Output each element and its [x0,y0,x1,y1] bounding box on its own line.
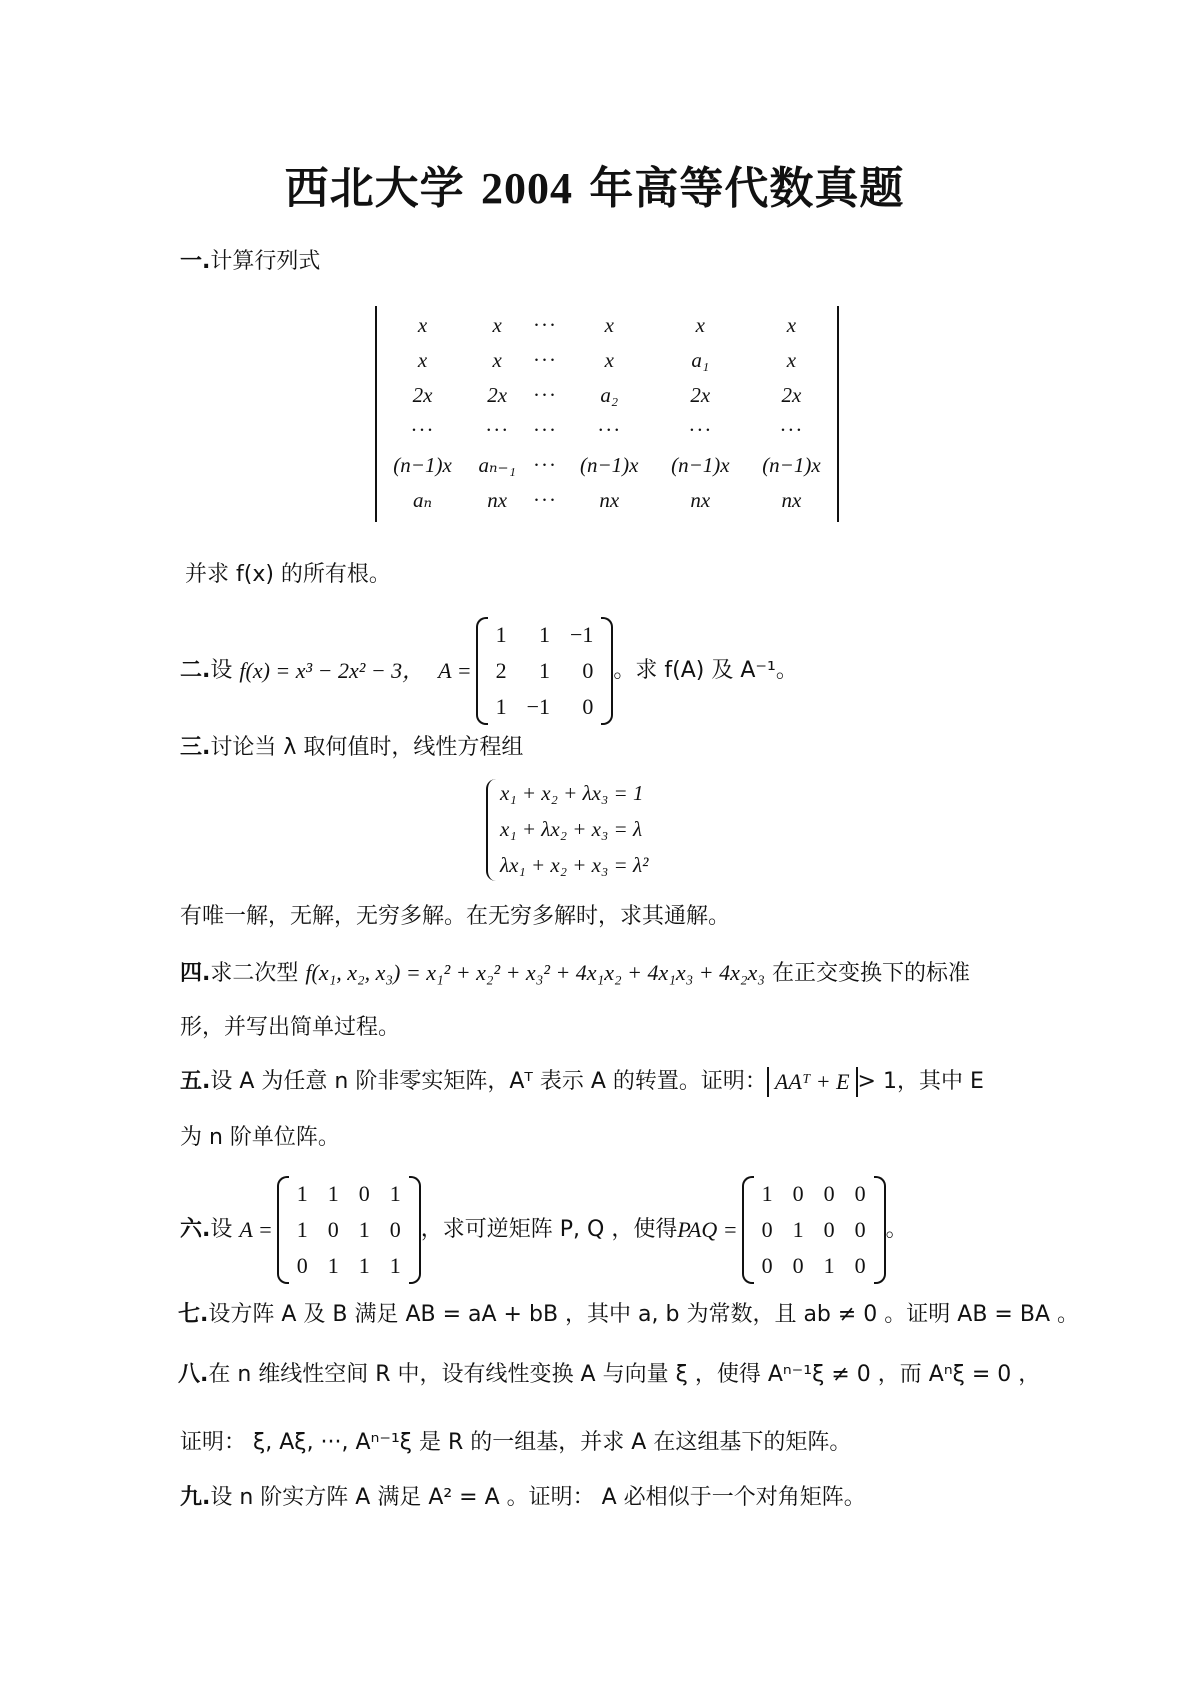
determinant-expression: AAᵀ + E [767,1067,858,1097]
matrix-cell: 1 [349,1248,380,1284]
quadratic-form: f(x₁, x₂, x₃) = x₁² + x₂² + x₃² + 4x₁x₂ … [305,960,765,985]
matrix-row: xx···xxx [377,308,837,343]
matrix-cell: 0 [845,1176,876,1212]
question-number: 一. [180,249,210,274]
matrix-cell: ··· [526,483,563,518]
matrix-row: 0111 [287,1248,411,1284]
question-text: 讨论当 λ 取何值时，线性方程组 [210,735,523,760]
matrix-cell: 1 [287,1212,318,1248]
matrix-row: 2x2x···a₂2x2x [377,378,837,413]
matrix-cell: ··· [526,413,563,448]
matrix-cell: 2x [468,378,526,413]
question-text: 在 n 维线性空间 R 中，设有线性变换 A 与向量 ξ ，使得 Aⁿ⁻¹ξ ≠… [208,1362,1040,1387]
title-suffix: 年高等代数真题 [589,163,904,214]
matrix-cell: ··· [468,413,526,448]
matrix-cell: 1 [349,1212,380,1248]
question-text: 设 n 阶实方阵 A 满足 A² = A 。证明： A 必相似于一个对角矩阵。 [210,1485,865,1510]
matrix-cell: nx [655,483,746,518]
question-text: 设 [210,656,232,686]
matrix-cell: a₂ [564,378,655,413]
matrix-cell: x [377,343,468,378]
question-1-prompt: 一.计算行列式 [180,247,320,277]
equation-line: x₁ + λx₂ + x₃ = λ [500,811,648,847]
matrix-cell: 0 [560,653,603,689]
question-4: 四.求二次型 f(x₁, x₂, x₃) = x₁² + x₂² + x₃² +… [180,958,970,989]
question-number: 八. [178,1362,208,1387]
question-5: 五.设 A 为任意 n 阶非零实矩阵，Aᵀ 表示 A 的转置。证明： AAᵀ +… [180,1067,984,1097]
matrix-A: 11−12101−10 [476,617,614,725]
question-text: 计算行列式 [210,249,320,274]
matrix-cell: nx [468,483,526,518]
matrix-cell: 0 [752,1248,783,1284]
matrix-cell: ··· [564,413,655,448]
equation-line: x₁ + x₂ + λx₃ = 1 [500,775,648,811]
question-8-line2: 证明： ξ, Aξ, ···, Aⁿ⁻¹ξ 是 R 的一组基，并求 A 在这组基… [180,1428,851,1458]
matrix-cell: ··· [526,343,563,378]
matrix-cell: 1 [318,1176,349,1212]
matrix-cell: 0 [783,1248,814,1284]
question-number: 六. [180,1215,210,1245]
question-7: 七.设方阵 A 及 B 满足 AB = aA + bB ，其中 a, b 为常数… [178,1300,1079,1330]
question-text: ，求可逆矩阵 P, Q ，使得 [421,1215,678,1245]
matrix-cell: nx [746,483,837,518]
matrix-cell: ··· [655,413,746,448]
matrix-cell: 1 [318,1248,349,1284]
equation-system: x₁ + x₂ + λx₃ = 1 x₁ + λx₂ + x₃ = λ λx₁ … [500,775,648,883]
matrix-cell: 0 [560,689,603,725]
matrix-cell: ··· [526,308,563,343]
matrix-cell: ··· [526,448,563,483]
title-prefix: 西北大学 [285,163,465,214]
question-text: > 1，其中 E [858,1067,984,1097]
matrix-row: 1−10 [486,689,604,725]
question-4-line2: 形，并写出简单过程。 [180,1013,400,1043]
matrix-row: 1000 [752,1176,876,1212]
title-year: 2004 [481,164,573,213]
matrix-cell: 1 [287,1176,318,1212]
question-text: 设方阵 A 及 B 满足 AB = aA + bB ，其中 a, b 为常数，且… [208,1302,1079,1327]
matrix-cell: 0 [814,1176,845,1212]
matrix-cell: x [564,308,655,343]
matrix-cell: 0 [287,1248,318,1284]
question-number: 九. [180,1485,210,1510]
matrix-cell: 1 [486,617,517,653]
matrix-cell: 1 [814,1248,845,1284]
matrix-cell: 1 [380,1176,411,1212]
question-text: 在正交变换下的标准 [772,961,970,986]
question-6: 六. 设 A = 110110100111 ，求可逆矩阵 P, Q ，使得 PA… [180,1176,908,1284]
question-text: 设 [210,1215,232,1245]
matrix-cell: 0 [349,1176,380,1212]
determinant: xx···xxxxx···xa₁x2x2x···a₂2x2x··········… [375,306,839,522]
matrix-cell: 0 [380,1212,411,1248]
question-number: 四. [180,961,210,986]
matrix-row: 1010 [287,1212,411,1248]
matrix-cell: 1 [783,1212,814,1248]
question-number: 五. [180,1067,210,1097]
matrix-row: (n−1)xaₙ₋₁···(n−1)x(n−1)x(n−1)x [377,448,837,483]
matrix-row: aₙnx···nxnxnx [377,483,837,518]
matrix-row: 0010 [752,1248,876,1284]
matrix-cell: a₁ [655,343,746,378]
matrix-cell: (n−1)x [655,448,746,483]
matrix-cell: −1 [517,689,560,725]
question-3-prompt: 三.讨论当 λ 取何值时，线性方程组 [180,733,523,763]
matrix-label: A = [438,656,471,686]
matrix-cell: 1 [517,617,560,653]
matrix-label: A = [239,1215,272,1245]
matrix-cell: 0 [845,1212,876,1248]
matrix-cell: 1 [486,689,517,725]
matrix-cell: 0 [752,1212,783,1248]
matrix-cell: x [746,343,837,378]
question-5-line2: 为 n 阶单位阵。 [180,1123,340,1153]
matrix-cell: 0 [318,1212,349,1248]
matrix-cell: (n−1)x [564,448,655,483]
matrix-cell: 0 [783,1176,814,1212]
matrix-row: 0100 [752,1212,876,1248]
matrix-label: PAQ = [677,1215,737,1245]
matrix-cell: x [468,343,526,378]
matrix-row: 11−1 [486,617,604,653]
matrix-cell: nx [564,483,655,518]
matrix-cell: (n−1)x [746,448,837,483]
matrix-cell: 1 [380,1248,411,1284]
question-text: 。求 f(A) 及 A⁻¹。 [613,656,797,686]
left-brace [486,779,500,881]
matrix-cell: x [655,308,746,343]
matrix-cell: x [468,308,526,343]
matrix-cell: (n−1)x [377,448,468,483]
function-definition: f(x) = x³ − 2x² − 3， [239,656,424,686]
matrix-cell: ··· [526,378,563,413]
matrix-cell: 2 [486,653,517,689]
matrix-cell: ··· [377,413,468,448]
matrix-cell: 0 [814,1212,845,1248]
question-number: 二. [180,656,210,686]
matrix-cell: 1 [752,1176,783,1212]
question-text: 。 [886,1215,908,1245]
matrix-A: 110110100111 [277,1176,421,1284]
question-8: 八.在 n 维线性空间 R 中，设有线性变换 A 与向量 ξ ，使得 Aⁿ⁻¹ξ… [178,1360,1040,1390]
matrix-cell: x [564,343,655,378]
question-number: 三. [180,735,210,760]
question-9: 九.设 n 阶实方阵 A 满足 A² = A 。证明： A 必相似于一个对角矩阵… [180,1483,866,1513]
matrix-row: ·················· [377,413,837,448]
question-2: 二. 设 f(x) = x³ − 2x² − 3， A = 11−12101−1… [180,617,798,725]
question-3-followup: 有唯一解，无解，无穷多解。在无穷多解时，求其通解。 [180,902,730,932]
page-title: 西北大学 2004 年高等代数真题 [0,152,1189,216]
matrix-row: 210 [486,653,604,689]
matrix-cell: −1 [560,617,603,653]
question-text: 求二次型 [210,961,298,986]
matrix-PAQ: 100001000010 [742,1176,886,1284]
matrix-cell: 2x [746,378,837,413]
question-1-followup: 并求 f(x) 的所有根。 [185,560,391,590]
matrix-row: xx···xa₁x [377,343,837,378]
question-number: 七. [178,1302,208,1327]
matrix-cell: x [377,308,468,343]
matrix-cell: aₙ [377,483,468,518]
matrix-cell: 2x [655,378,746,413]
matrix-cell: 1 [517,653,560,689]
equation-line: λx₁ + x₂ + x₃ = λ² [500,847,648,883]
matrix-cell: 2x [377,378,468,413]
matrix-cell: ··· [746,413,837,448]
determinant-grid: xx···xxxxx···xa₁x2x2x···a₂2x2x··········… [377,308,837,518]
question-text: 设 A 为任意 n 阶非零实矩阵，Aᵀ 表示 A 的转置。证明： [210,1067,767,1097]
matrix-cell: x [746,308,837,343]
matrix-cell: aₙ₋₁ [468,448,526,483]
matrix-row: 1101 [287,1176,411,1212]
matrix-cell: 0 [845,1248,876,1284]
